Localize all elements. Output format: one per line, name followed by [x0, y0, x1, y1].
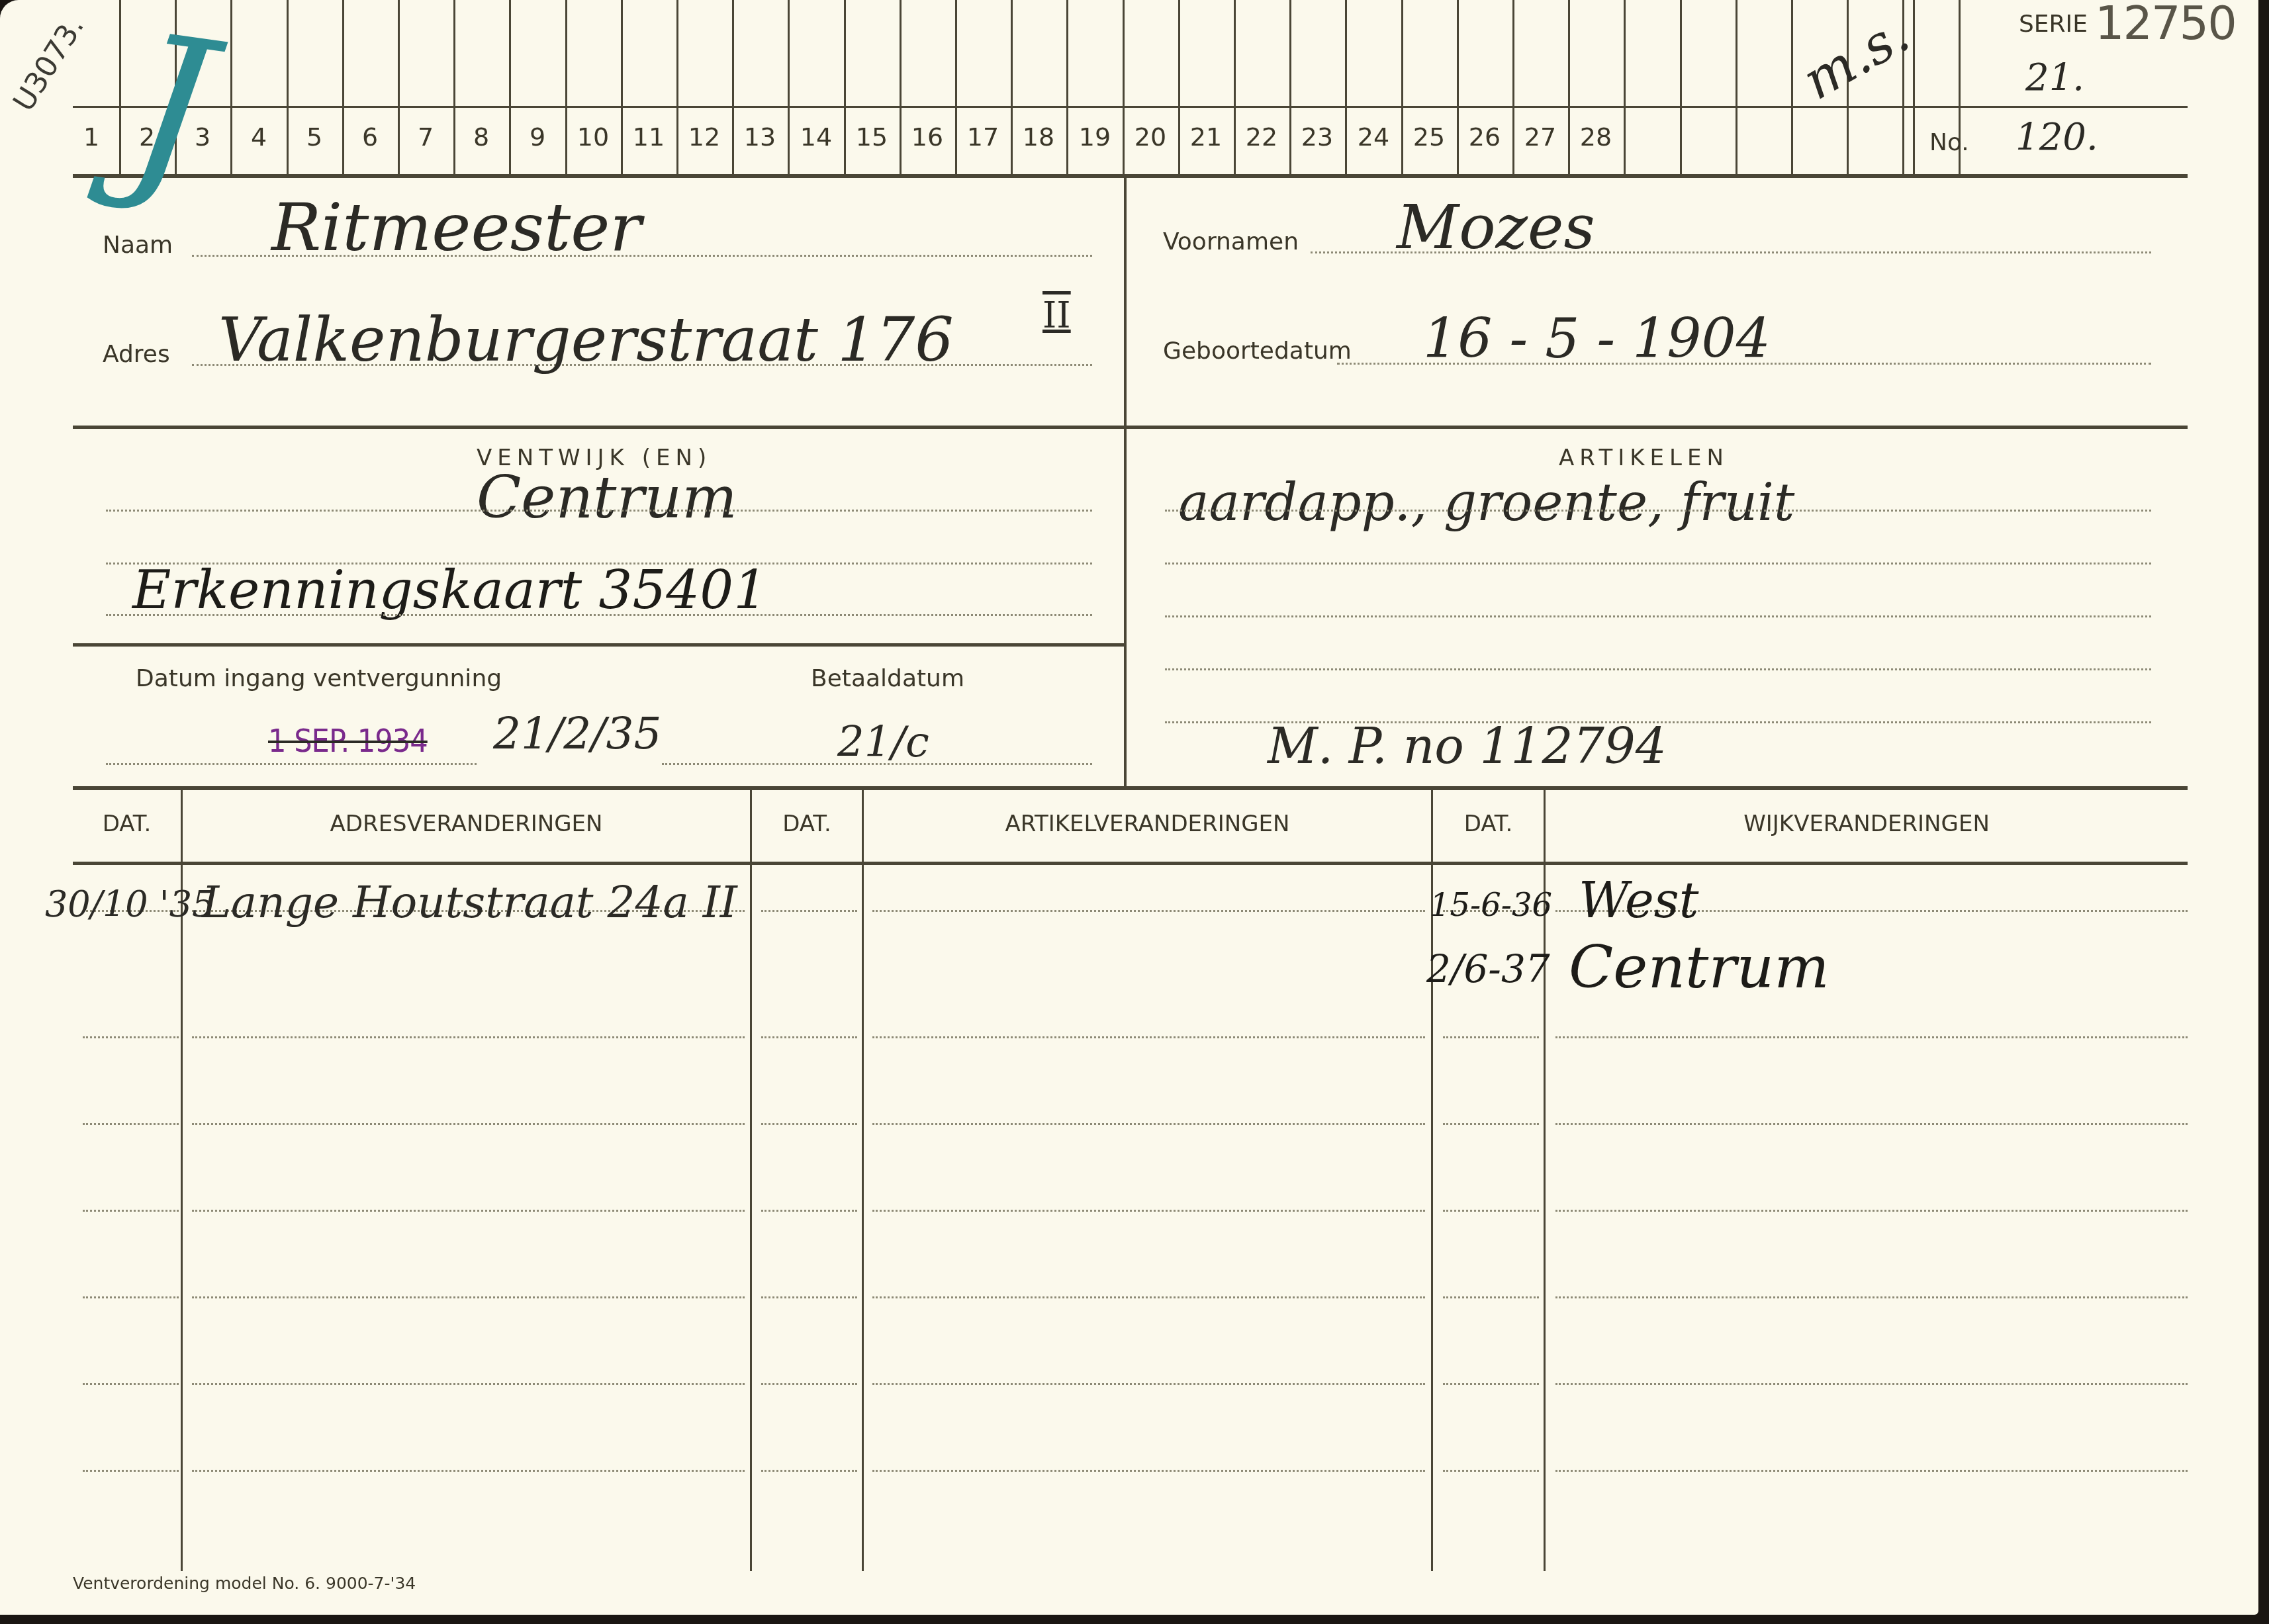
betaaldatum-value: 21/c — [837, 718, 929, 767]
wijk-change-date-1: 15-6-36 — [1430, 887, 1552, 924]
column-number: 27 — [1512, 122, 1568, 152]
no-value: 120. — [2015, 116, 2098, 159]
column-number: 16 — [900, 122, 955, 152]
archive-note: U3073. — [7, 11, 91, 117]
column-number: 20 — [1123, 122, 1178, 152]
column-number: 14 — [788, 122, 844, 152]
column-number: 15 — [844, 122, 900, 152]
betaaldatum-label: Betaaldatum — [811, 665, 964, 692]
voornamen-value: Mozes — [1397, 192, 1595, 263]
geboortedatum-label: Geboortedatum — [1163, 338, 1352, 365]
column-number: 6 — [342, 122, 398, 152]
adres-value: Valkenburgerstraat 176 — [218, 304, 954, 375]
column-number: 19 — [1067, 122, 1123, 152]
column-number: 25 — [1401, 122, 1457, 152]
adres-change-date: 30/10 '35 — [45, 883, 214, 925]
column-number: 26 — [1457, 122, 1512, 152]
adres-floor: II — [1042, 294, 1071, 336]
initials: m.s. — [1792, 3, 1920, 111]
ingang-label: Datum ingang ventvergunning — [136, 665, 502, 692]
column-number: 21 — [1178, 122, 1234, 152]
serie-value: 12750 — [2095, 0, 2236, 50]
serie-label: SERIE — [2019, 11, 2088, 38]
column-number: 10 — [565, 122, 621, 152]
column-number: 28 — [1568, 122, 1624, 152]
col-header-adresveranderingen: ADRESVERANDERINGEN — [183, 811, 750, 837]
column-number: 5 — [287, 122, 342, 152]
naam-value: Ritmeester — [271, 189, 641, 266]
mp-number: M. P. no 112794 — [1268, 718, 1667, 775]
column-number: 17 — [955, 122, 1011, 152]
column-number: 12 — [676, 122, 732, 152]
column-number: 9 — [510, 122, 565, 152]
column-number: 11 — [621, 122, 676, 152]
voornamen-label: Voornamen — [1163, 228, 1299, 255]
column-number: 22 — [1234, 122, 1289, 152]
erkenningskaart: Erkenningskaart 35401 — [132, 559, 767, 621]
artikelen-header: ARTIKELEN — [1559, 445, 1729, 471]
wijk-change-value-2: Centrum — [1569, 933, 1829, 1001]
column-number: 23 — [1289, 122, 1345, 152]
wijk-change-date-2: 2/6-37 — [1426, 946, 1550, 991]
column-number: 24 — [1346, 122, 1401, 152]
adres-label: Adres — [103, 341, 170, 368]
ventwijk-value: Centrum — [477, 463, 737, 531]
naam-label: Naam — [103, 232, 173, 259]
col-header-artikelveranderingen: ARTIKELVERANDERINGEN — [864, 811, 1431, 837]
footer-model: Ventverordening model No. 6. 9000-7-'34 — [73, 1574, 416, 1593]
adres-change-value: Lange Houtstraat 24a II — [202, 877, 737, 928]
col-header-dat-3: DAT. — [1433, 811, 1544, 837]
column-number: 18 — [1011, 122, 1066, 152]
serie-sub: 21. — [2025, 56, 2084, 99]
column-number: 7 — [398, 122, 453, 152]
initial-mark: J — [119, 9, 222, 209]
column-number: 4 — [231, 122, 287, 152]
wijk-change-value-1: West — [1579, 872, 1699, 929]
column-number: 13 — [732, 122, 788, 152]
registration-card: U3073. 123456789101112131415161718192021… — [0, 0, 2258, 1615]
col-header-wijkveranderingen: WIJKVERANDERINGEN — [1546, 811, 2188, 837]
column-number: 8 — [453, 122, 509, 152]
no-label: No. — [1929, 129, 1969, 156]
column-number: 1 — [64, 122, 119, 152]
artikelen-value: aardapp., groente, fruit — [1178, 473, 1794, 533]
ingang-stamp: 1 SEP. 1934 — [268, 723, 428, 760]
col-header-dat-2: DAT. — [752, 811, 862, 837]
geboortedatum-value: 16 - 5 - 1904 — [1423, 308, 1771, 371]
ingang-handwritten: 21/2/35 — [493, 708, 661, 759]
col-header-dat-1: DAT. — [73, 811, 181, 837]
